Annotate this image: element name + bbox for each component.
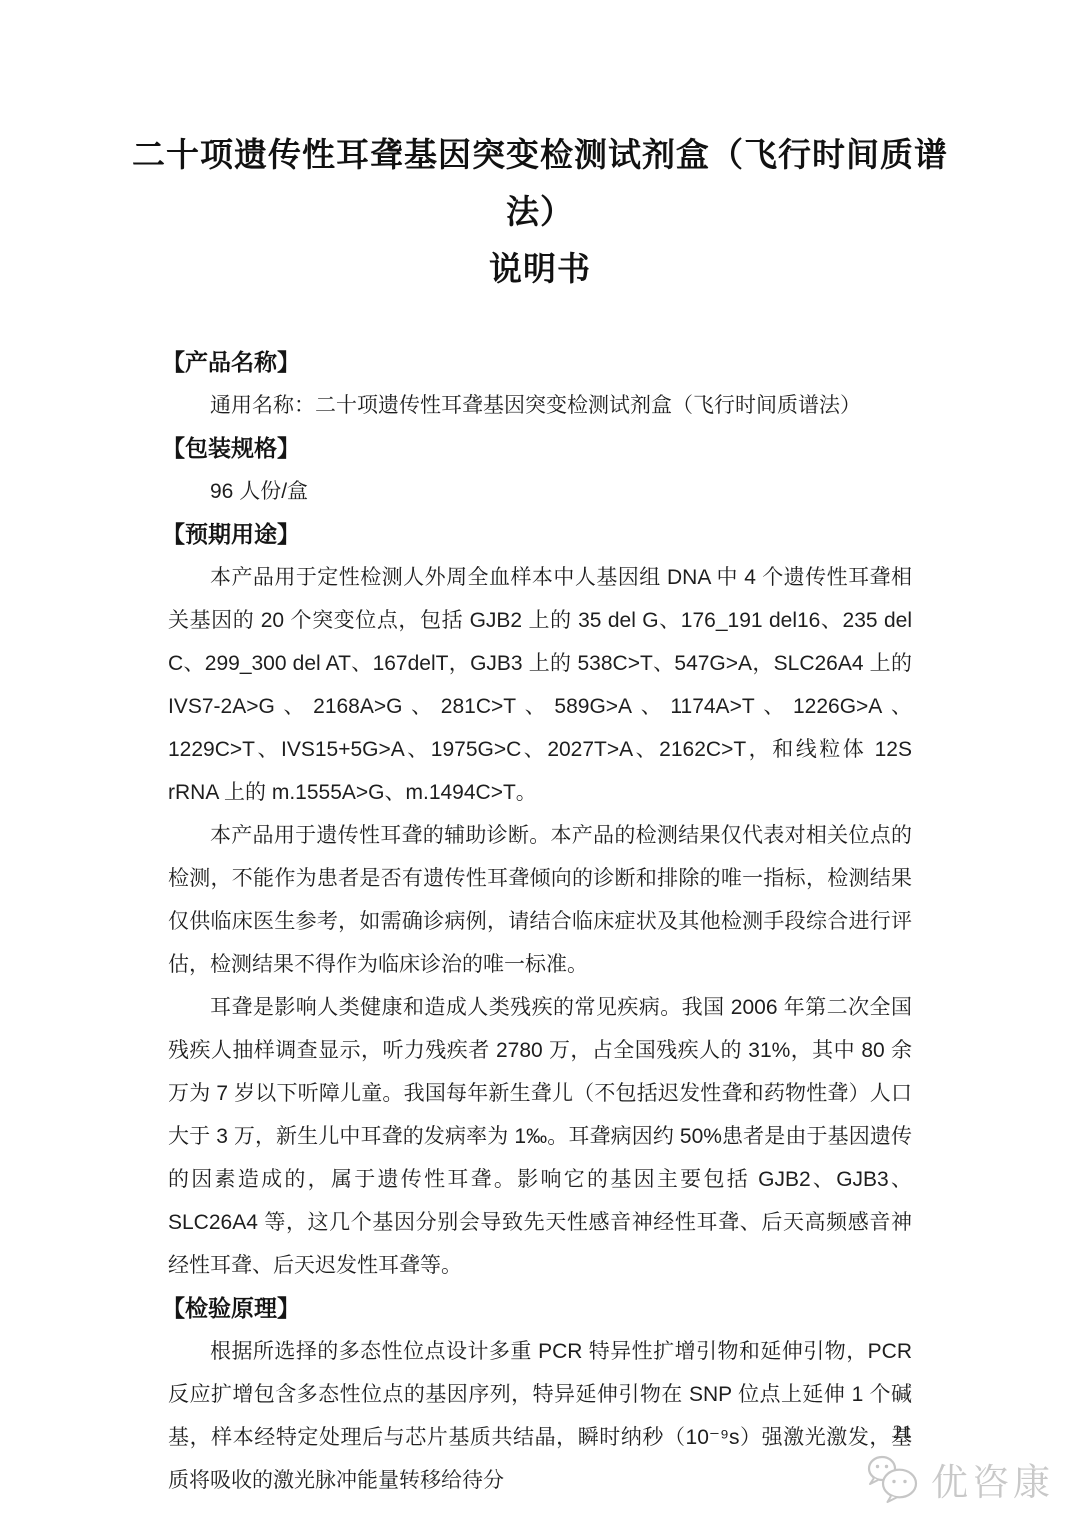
section-heading-product-name: 【产品名称】 [162,341,912,384]
section-heading-package-spec: 【包装规格】 [162,427,912,470]
watermark-brand-text: 优咨康 [931,1452,1054,1506]
document-page: 二十项遗传性耳聋基因突变检测试剂盒（飞行时间质谱 法） 说明书 【产品名称】 通… [0,0,1080,1528]
title-block: 二十项遗传性耳聋基因突变检测试剂盒（飞行时间质谱 法） 说明书 [0,0,1080,299]
watermark: 优咨康 [865,1452,1054,1506]
wechat-logo-icon [865,1454,921,1504]
page-title-line-2: 法） [0,185,1080,242]
section-heading-intended-use: 【预期用途】 [162,513,912,556]
paragraph-generic-name: 通用名称：二十项遗传性耳聋基因突变检测试剂盒（飞行时间质谱法） [168,384,912,427]
paragraph-intended-use-3: 耳聋是影响人类健康和造成人类残疾的常见疾病。我国 2006 年第二次全国残疾人抽… [168,986,912,1287]
document-body: 【产品名称】 通用名称：二十项遗传性耳聋基因突变检测试剂盒（飞行时间质谱法） 【… [168,341,912,1502]
page-title-line-1: 二十项遗传性耳聋基因突变检测试剂盒（飞行时间质谱 [0,128,1080,185]
doc-type-title: 说明书 [0,242,1080,299]
paragraph-intended-use-1: 本产品用于定性检测人外周全血样本中人基因组 DNA 中 4 个遗传性耳聋相关基因… [168,556,912,814]
page-number: 21 [893,1422,912,1444]
paragraph-intended-use-2: 本产品用于遗传性耳聋的辅助诊断。本产品的检测结果仅代表对相关位点的检测，不能作为… [168,814,912,986]
section-heading-test-principle: 【检验原理】 [162,1287,912,1330]
paragraph-package-spec: 96 人份/盒 [168,470,912,513]
paragraph-test-principle-1: 根据所选择的多态性位点设计多重 PCR 特异性扩增引物和延伸引物，PCR 反应扩… [168,1330,912,1502]
